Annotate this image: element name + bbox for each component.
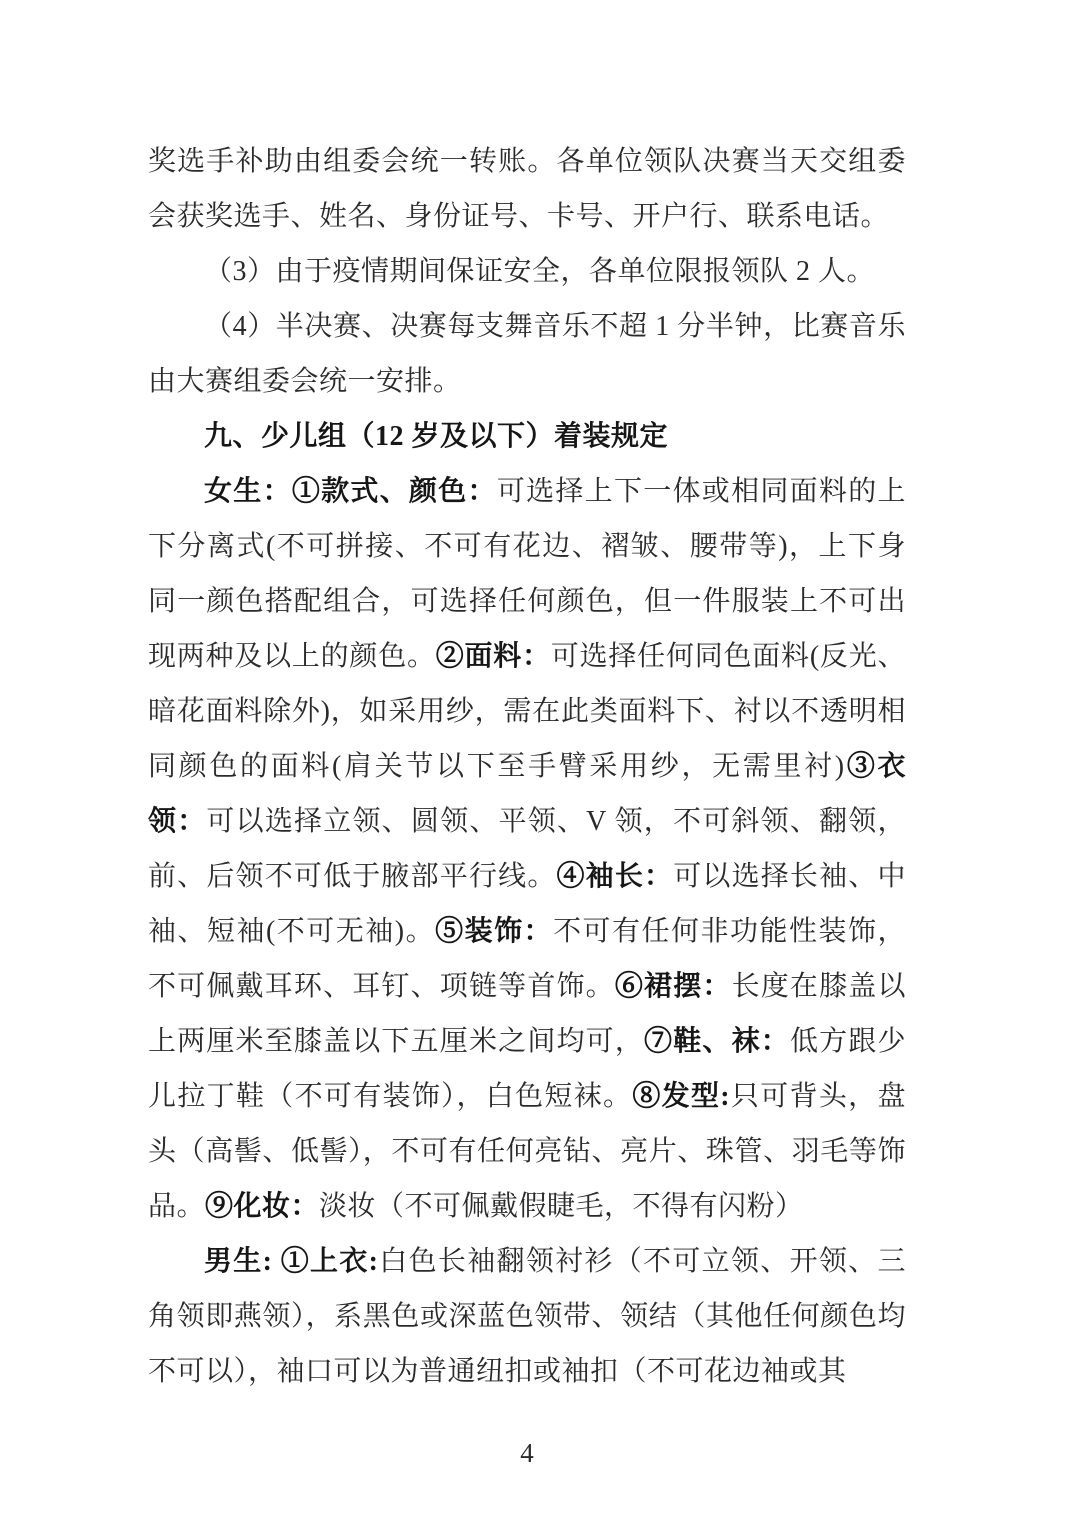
body-text: 奖选手补助由组委会统一转账。各单位领队决赛当天交组委会获奖选手、姓名、身份证号、… xyxy=(148,146,906,232)
page-number: 4 xyxy=(148,1438,906,1469)
bold-label-text: ⑦鞋、袜： xyxy=(644,1026,790,1057)
bold-label-text: 九、少儿组（12 岁及以下）着装规定 xyxy=(204,421,668,452)
bold-label-text: ⑨化妆： xyxy=(205,1191,319,1222)
section-heading-9: 九、少儿组（12 岁及以下）着装规定 xyxy=(148,409,906,464)
paragraph-item-4: （4）半决赛、决赛每支舞音乐不超 1 分半钟，比赛音乐由大赛组委会统一安排。 xyxy=(148,299,906,409)
document-page: 奖选手补助由组委会统一转账。各单位领队决赛当天交组委会获奖选手、姓名、身份证号、… xyxy=(0,0,1080,1536)
bold-label-text: 女生：①款式、颜色： xyxy=(204,476,497,507)
bold-label-text: ⑧发型: xyxy=(632,1081,730,1112)
bold-label-text: ⑤装饰： xyxy=(435,916,553,947)
bold-label-text: ②面料： xyxy=(436,641,551,672)
paragraph-item-3: （3）由于疫情期间保证安全，各单位限报领队 2 人。 xyxy=(148,244,906,299)
bold-label-text: ⑥裙摆： xyxy=(615,971,732,1002)
body-text: 淡妆（不可佩戴假睫毛，不得有闪粉） xyxy=(319,1191,804,1222)
bold-label-text: 男生: ①上衣: xyxy=(204,1246,378,1277)
body-text: （3）由于疫情期间保证安全，各单位限报领队 2 人。 xyxy=(204,256,875,287)
bold-label-text: ④袖长： xyxy=(557,861,674,892)
paragraph-boys-rules: 男生: ①上衣:白色长袖翻领衬衫（不可立领、开领、三角领即燕领），系黑色或深蓝色… xyxy=(148,1234,906,1399)
document-body: 奖选手补助由组委会统一转账。各单位领队决赛当天交组委会获奖选手、姓名、身份证号、… xyxy=(148,134,906,1399)
body-text: （4）半决赛、决赛每支舞音乐不超 1 分半钟，比赛音乐由大赛组委会统一安排。 xyxy=(148,311,906,397)
paragraph-girls-rules: 女生：①款式、颜色：可选择上下一体或相同面料的上下分离式(不可拼接、不可有花边、… xyxy=(148,464,906,1234)
paragraph-continuation: 奖选手补助由组委会统一转账。各单位领队决赛当天交组委会获奖选手、姓名、身份证号、… xyxy=(148,134,906,244)
